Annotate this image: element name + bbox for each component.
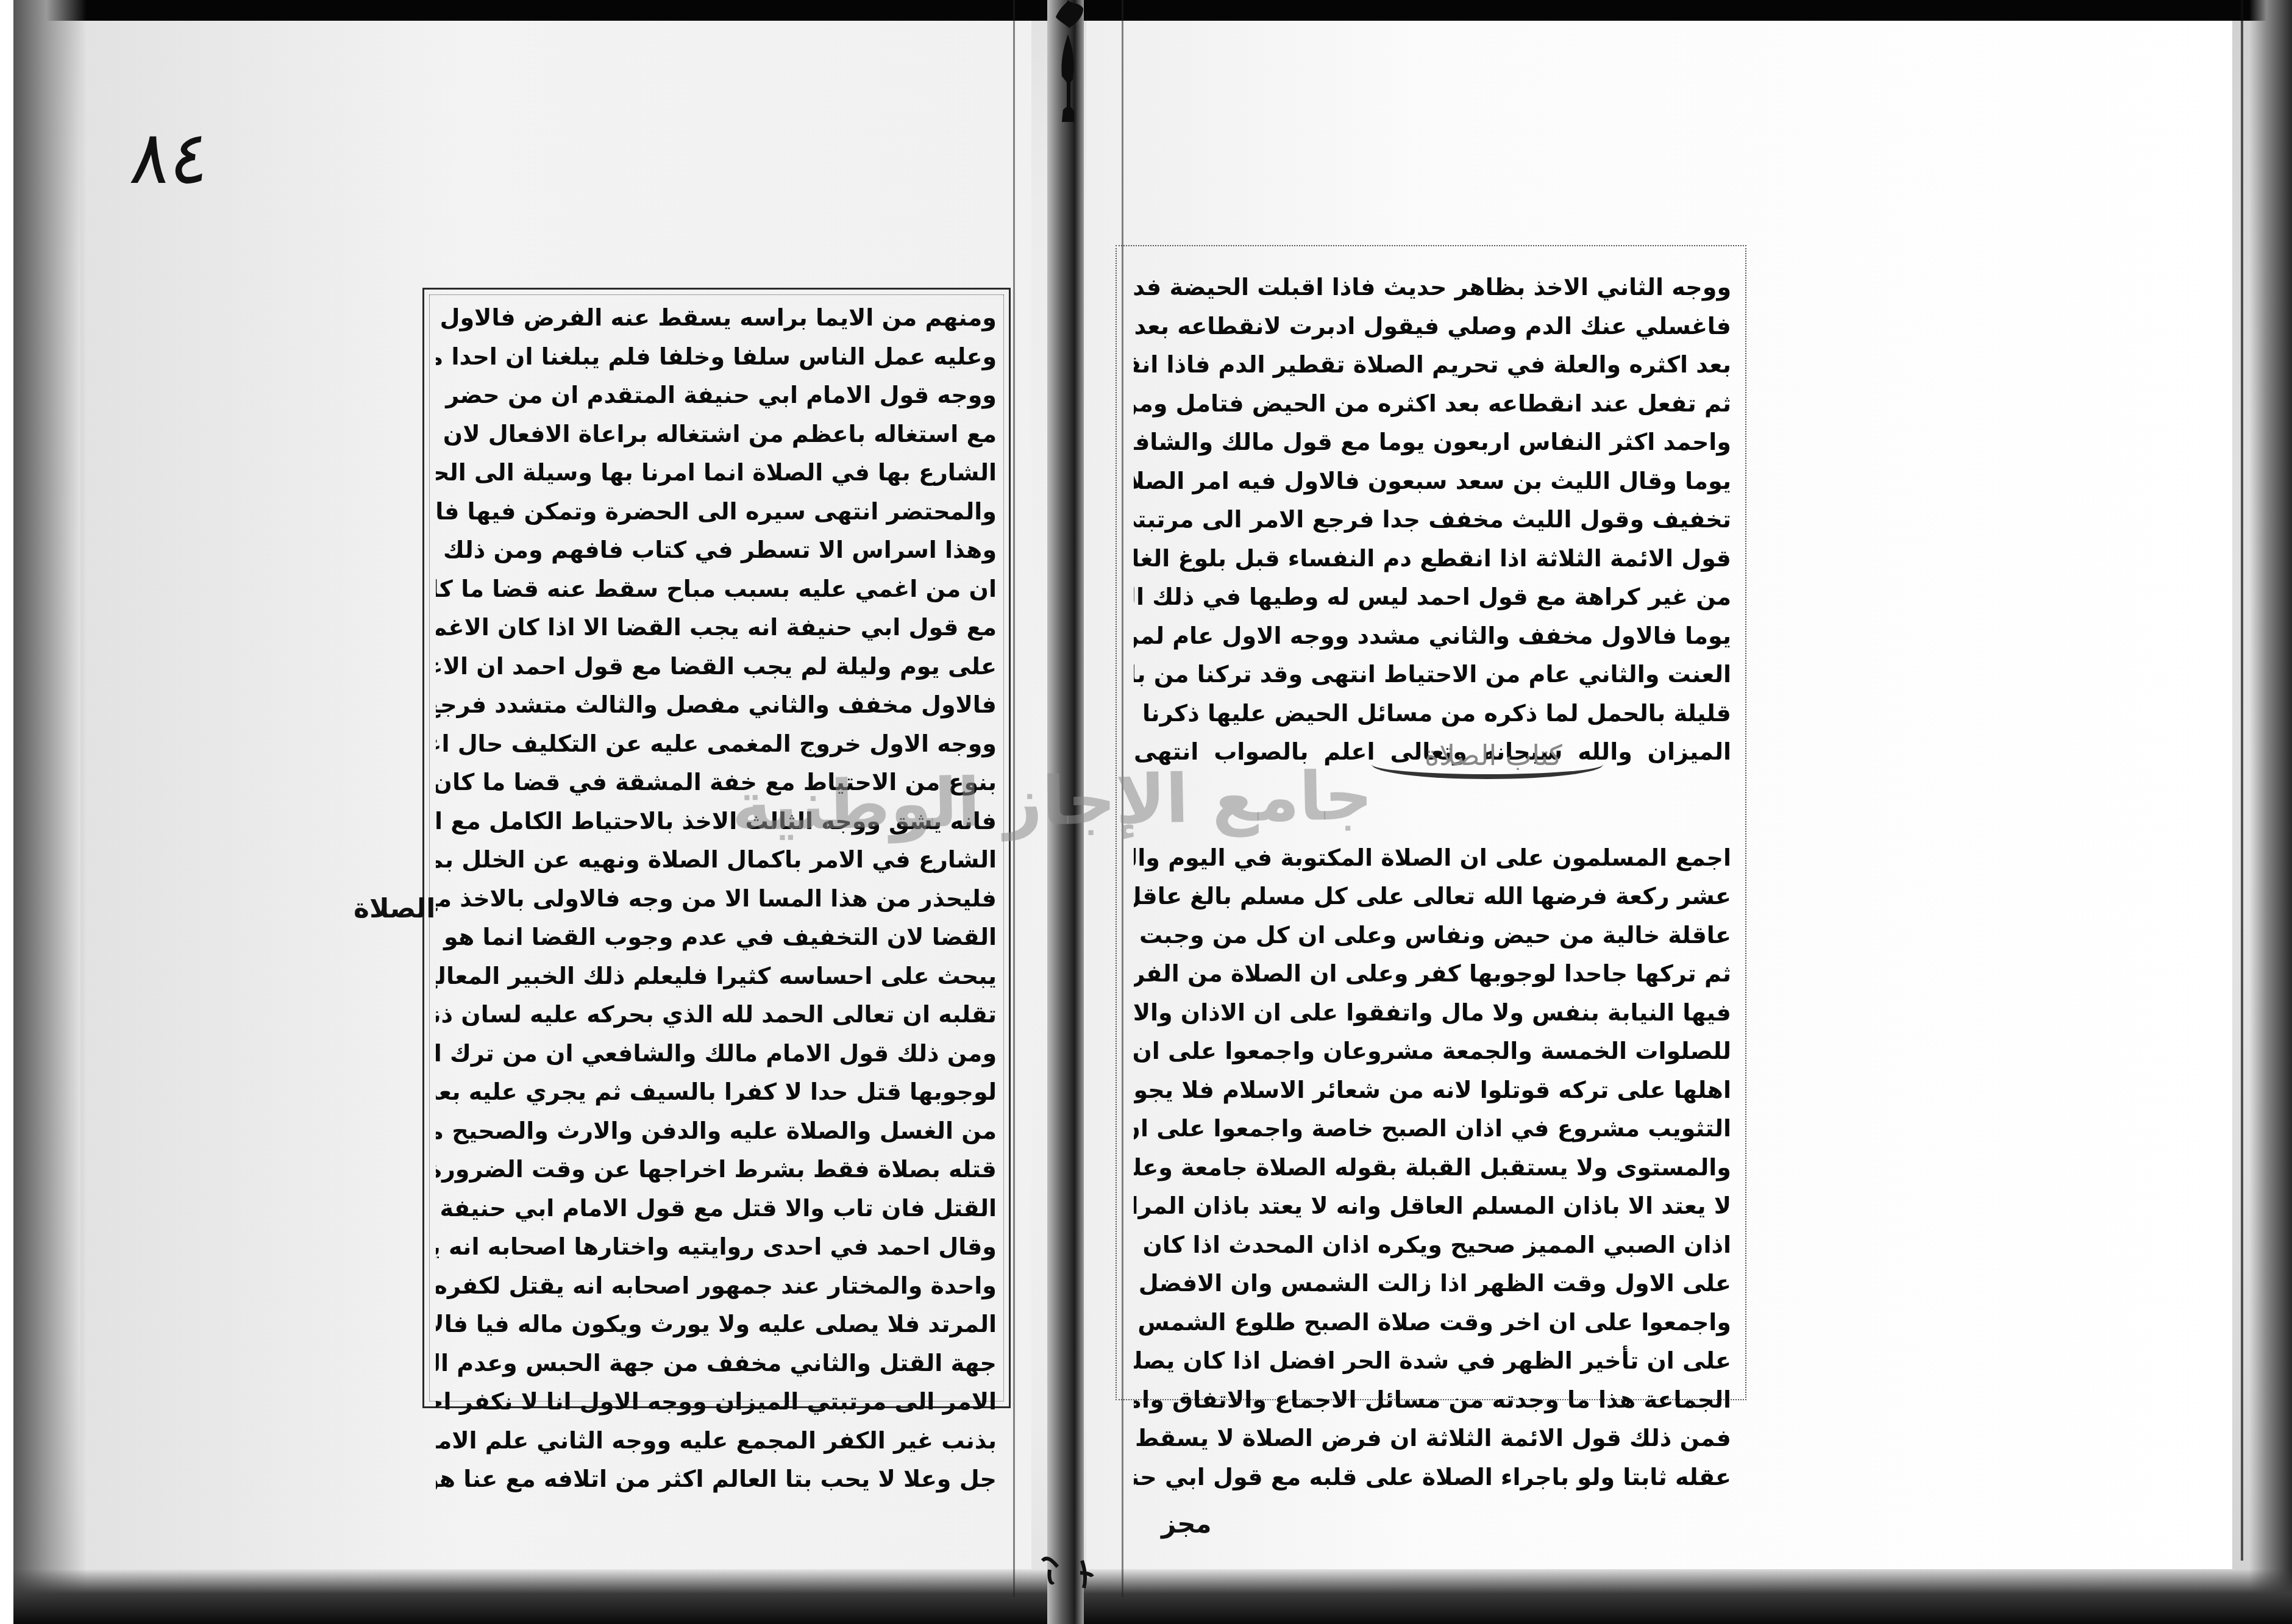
- text-line: الجماعة هذا ما وجدته من مسائل الاجماع وا…: [1134, 1381, 1731, 1420]
- text-line: عشر ركعة فرضها الله تعالى على كل مسلم با…: [1134, 877, 1731, 916]
- text-line: القضا لان التخفيف في عدم وجوب القضا انما…: [436, 918, 997, 957]
- text-line: مع قول ابي حنيفة انه يجب القضا الا اذا ك…: [436, 608, 997, 647]
- text-line: ثم تركها جاحدا لوجوبها كفر وعلى ان الصلا…: [1134, 955, 1731, 994]
- left-edge-shadow: [13, 0, 87, 1624]
- text-line: لوجوبها قتل حدا لا كفرا بالسيف ثم يجري ع…: [436, 1073, 997, 1112]
- text-line: ثم تفعل عند انقطاعه بعد اكثره من الحيض ف…: [1134, 385, 1731, 424]
- right-page-edge: [2241, 0, 2243, 1561]
- text-line: ووجه الاول خروج المغمى عليه عن التكليف ح…: [436, 725, 997, 764]
- text-line: ومن ذلك قول الامام مالك والشافعي ان من ت…: [436, 1035, 997, 1074]
- text-line: ووجه الثاني الاخذ بظاهر حديث فاذا اقبلت …: [1134, 268, 1731, 307]
- text-line: وعليه عمل الناس سلفا وخلفا فلم يبلغنا ان…: [436, 338, 997, 377]
- text-line: قتله بصلاة فقط بشرط اخراجها عن وقت الضرو…: [436, 1150, 997, 1189]
- text-line: قليلة بالحمل لما ذكره من مسائل الحيض علي…: [1134, 694, 1731, 733]
- text-line: يوما فالاول مخفف والثاني مشدد ووجه الاول…: [1134, 617, 1731, 656]
- text-line: اهلها على تركه قوتلوا لانه من شعائر الاس…: [1134, 1071, 1731, 1110]
- text-line: العنت والثاني عام من الاحتياط انتهى وقد …: [1134, 655, 1731, 694]
- text-line: جل وعلا لا يحب بتا العالم اكثر من اتلافه…: [436, 1460, 997, 1499]
- catchword: مجز: [1161, 1509, 1211, 1539]
- text-line: واحمد اكثر النفاس اربعون يوما مع قول مال…: [1134, 423, 1731, 462]
- right-edge-shadow: [2249, 0, 2292, 1624]
- spine-bottom-ornament-icon: [1024, 1536, 1109, 1597]
- text-line: مع استغاله باعظم من اشتغاله براعاة الافع…: [436, 415, 997, 454]
- text-line: ووجه قول الامام ابي حنيفة المتقدم ان من …: [436, 376, 997, 415]
- text-line: يبحث على احساسه كثيرا فليعلم ذلك الخبير …: [436, 957, 997, 996]
- spine-ornament-icon: [1050, 0, 1086, 122]
- right-text-block: ووجه الثاني الاخذ بظاهر حديث فاذا اقبلت …: [1134, 268, 1731, 1497]
- left-gutter-line: [1013, 0, 1015, 1597]
- text-line: الشارع في الامر باكمال الصلاة ونهيه عن ا…: [436, 841, 997, 880]
- text-line: على ان تأخير الظهر في شدة الحر افضل اذا …: [1134, 1342, 1731, 1381]
- chapter-gap: [1134, 772, 1731, 839]
- book-spine: [1047, 0, 1084, 1624]
- text-line: تقلبه ان تعالى الحمد لله الذي بحركه عليه…: [436, 995, 997, 1035]
- text-line: من غير كراهة مع قول احمد ليس له وطيها في…: [1134, 578, 1731, 617]
- text-line: اجمع المسلمون على ان الصلاة المكتوبة في …: [1134, 839, 1731, 878]
- text-line: الامر الى مرتبتي الميزان ووجه الاول انا …: [436, 1383, 997, 1422]
- text-line: عقله ثابتا ولو باجراء الصلاة على قلبه مع…: [1134, 1458, 1731, 1497]
- text-line: بنوع من الاحتياط مع خفة المشقة في قضا ما…: [436, 763, 997, 802]
- text-line: المرتد فلا يصلى عليه ولا يورث ويكون ماله…: [436, 1305, 997, 1344]
- text-line: ان من اغمي عليه بسبب مباح سقط عنه قضا ما…: [436, 570, 997, 609]
- top-dark-border: [13, 0, 2292, 21]
- text-line: فيها النيابة بنفس ولا مال واتفقوا على ان…: [1134, 994, 1731, 1033]
- text-line: عاقلة خالية من حيض ونفاس وعلى ان كل من و…: [1134, 916, 1731, 955]
- chapter-heading-swash: [1372, 750, 1603, 779]
- text-line: وهذا اسراس الا تسطر في كتاب فافهم ومن ذل…: [436, 531, 997, 570]
- text-line: واجمعوا على ان اخر وقت صلاة الصبح طلوع ا…: [1134, 1303, 1731, 1342]
- text-line: الشارع بها في الصلاة انما امرنا بها وسيل…: [436, 454, 997, 493]
- text-line: ومنهم من الايما براسه يسقط عنه الفرض فال…: [436, 299, 997, 338]
- text-line: لا يعتد الا باذان المسلم العاقل وانه لا …: [1134, 1187, 1731, 1226]
- text-line: واحدة والمختار عند جمهور اصحابه انه يقتل…: [436, 1267, 997, 1306]
- text-line: القتل فان تاب والا قتل مع قول الامام ابي…: [436, 1189, 997, 1228]
- text-line: قول الائمة الثلاثة اذا انقطع دم النفساء …: [1134, 540, 1731, 579]
- text-line: من الغسل والصلاة عليه والدفن والارث والص…: [436, 1112, 997, 1151]
- text-line: والمحتضر انتهى سيره الى الحضرة وتمكن فيه…: [436, 493, 997, 532]
- text-line: فالاول مخفف والثاني مفصل والثالث متشدد ف…: [436, 686, 997, 725]
- left-text-block: ومنهم من الايما براسه يسقط عنه الفرض فال…: [436, 299, 997, 1499]
- text-line: بعد اكثره والعلة في تحريم الصلاة تقطير ا…: [1134, 346, 1731, 385]
- text-line: فانه يشق ووجه الثالث الاخذ بالاحتياط الك…: [436, 802, 997, 841]
- bottom-dark-border: [13, 1569, 2292, 1624]
- text-line: يوما وقال الليث بن سعد سبعون فالاول فيه …: [1134, 462, 1731, 501]
- text-line: للصلوات الخمسة والجمعة مشروعان واجمعوا ع…: [1134, 1032, 1731, 1071]
- text-line: على الاول وقت الظهر اذا زالت الشمس وان ا…: [1134, 1264, 1731, 1303]
- text-line: فليحذر من هذا المسا الا من وجه فالاولى ب…: [436, 880, 997, 919]
- margin-note: الصلاة: [354, 893, 435, 924]
- text-line: والمستوى ولا يستقبل القبلة بقوله الصلاة …: [1134, 1149, 1731, 1188]
- text-line: تخفيف وقول الليث مخفف جدا فرجع الامر الى…: [1134, 500, 1731, 540]
- text-line: جهة القتل والثاني مخفف من جهة الحبس وعدم…: [436, 1344, 997, 1383]
- page-number: ٨٤: [127, 116, 215, 201]
- text-line: التثويب مشروع في اذان الصبح خاصة واجمعوا…: [1134, 1109, 1731, 1149]
- text-line: فاغسلي عنك الدم وصلي فيقول ادبرت لانقطاع…: [1134, 307, 1731, 346]
- text-line: على يوم وليلة لم يجب القضا مع قول احمد ا…: [436, 647, 997, 686]
- text-line: وقال احمد في احدى روايتيه واختارها اصحاب…: [436, 1228, 997, 1267]
- text-line: فمن ذلك قول الائمة الثلاثة ان فرض الصلاة…: [1134, 1419, 1731, 1458]
- text-line: بذنب غير الكفر المجمع عليه ووجه الثاني ع…: [436, 1422, 997, 1461]
- text-line: اذان الصبي المميز صحيح ويكره اذان المحدث…: [1134, 1226, 1731, 1265]
